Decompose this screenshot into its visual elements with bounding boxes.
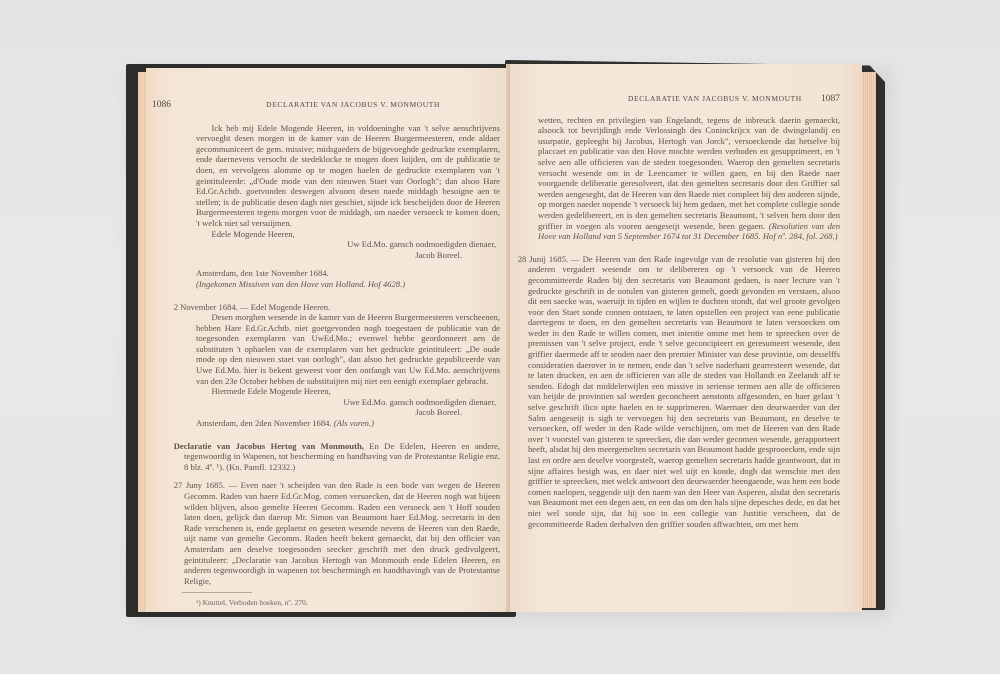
continuation-text: wetten, rechten en privilegien van Engel… — [538, 115, 840, 242]
pamphlet-title: Declaratie van Jacobus Hertog van Monmou… — [174, 441, 364, 451]
letter-body: Desen morghen wesende in de kamer van de… — [196, 312, 500, 386]
left-page: 1086 DECLARATIE VAN JACOBUS V. MONMOUTH … — [146, 68, 510, 612]
letter-salutation: Edele Mogende Heeren, — [196, 229, 500, 240]
running-head-right: DECLARATIE VAN JACOBUS V. MONMOUTH 1087 — [538, 94, 840, 105]
page-edges-right — [860, 72, 876, 608]
running-head-left: 1086 DECLARATIE VAN JACOBUS V. MONMOUTH — [152, 100, 500, 111]
letter-signature: Jacob Boreel. — [196, 250, 500, 261]
page-number: 1087 — [821, 94, 840, 105]
letter-body: Ick heb mij Edele Mogende Heeren, in vol… — [196, 123, 500, 229]
letter-place-date: Amsterdam, den 2den November 1684. (Als … — [196, 418, 500, 429]
entry-date-line: 2 November 1684. — Edel Mogende Heeren. — [184, 302, 500, 313]
letter-signoff: Uw Ed.Mo. gansch oodmoedigden dienaer, — [196, 239, 500, 250]
letter-signature: Jacob Boreel. — [196, 407, 500, 418]
right-page: DECLARATIE VAN JACOBUS V. MONMOUTH 1087 … — [510, 64, 862, 612]
running-head-title: DECLARATIE VAN JACOBUS V. MONMOUTH — [628, 94, 802, 105]
entry-27-june: 27 Juny 1685. — Even naer 't scheijden v… — [184, 480, 500, 586]
running-head-title: DECLARATIE VAN JACOBUS V. MONMOUTH — [266, 100, 440, 111]
footnote: ¹) Knuttel, Verboden boeken, nº. 270. — [196, 598, 500, 609]
footnote-rule — [182, 592, 252, 593]
pamphlet-heading: Declaratie van Jacobus Hertog van Monmou… — [184, 441, 500, 473]
letter-source: (Als voren.) — [334, 418, 374, 428]
letter-salutation: Hiermede Edele Mogende Heeren, — [196, 386, 500, 397]
letter-signoff: Uwe Ed.Mo. gansch oodmoedigden dienaer, — [196, 397, 500, 408]
letter-source: (Ingekomen Missiven van den Hove van Hol… — [196, 279, 500, 290]
page-number: 1086 — [152, 100, 171, 111]
letter-place-date: Amsterdam, den 1ste November 1684. — [196, 268, 500, 279]
entry-28-june: 28 Junij 1685. — De Heeren van den Rade … — [528, 254, 840, 529]
